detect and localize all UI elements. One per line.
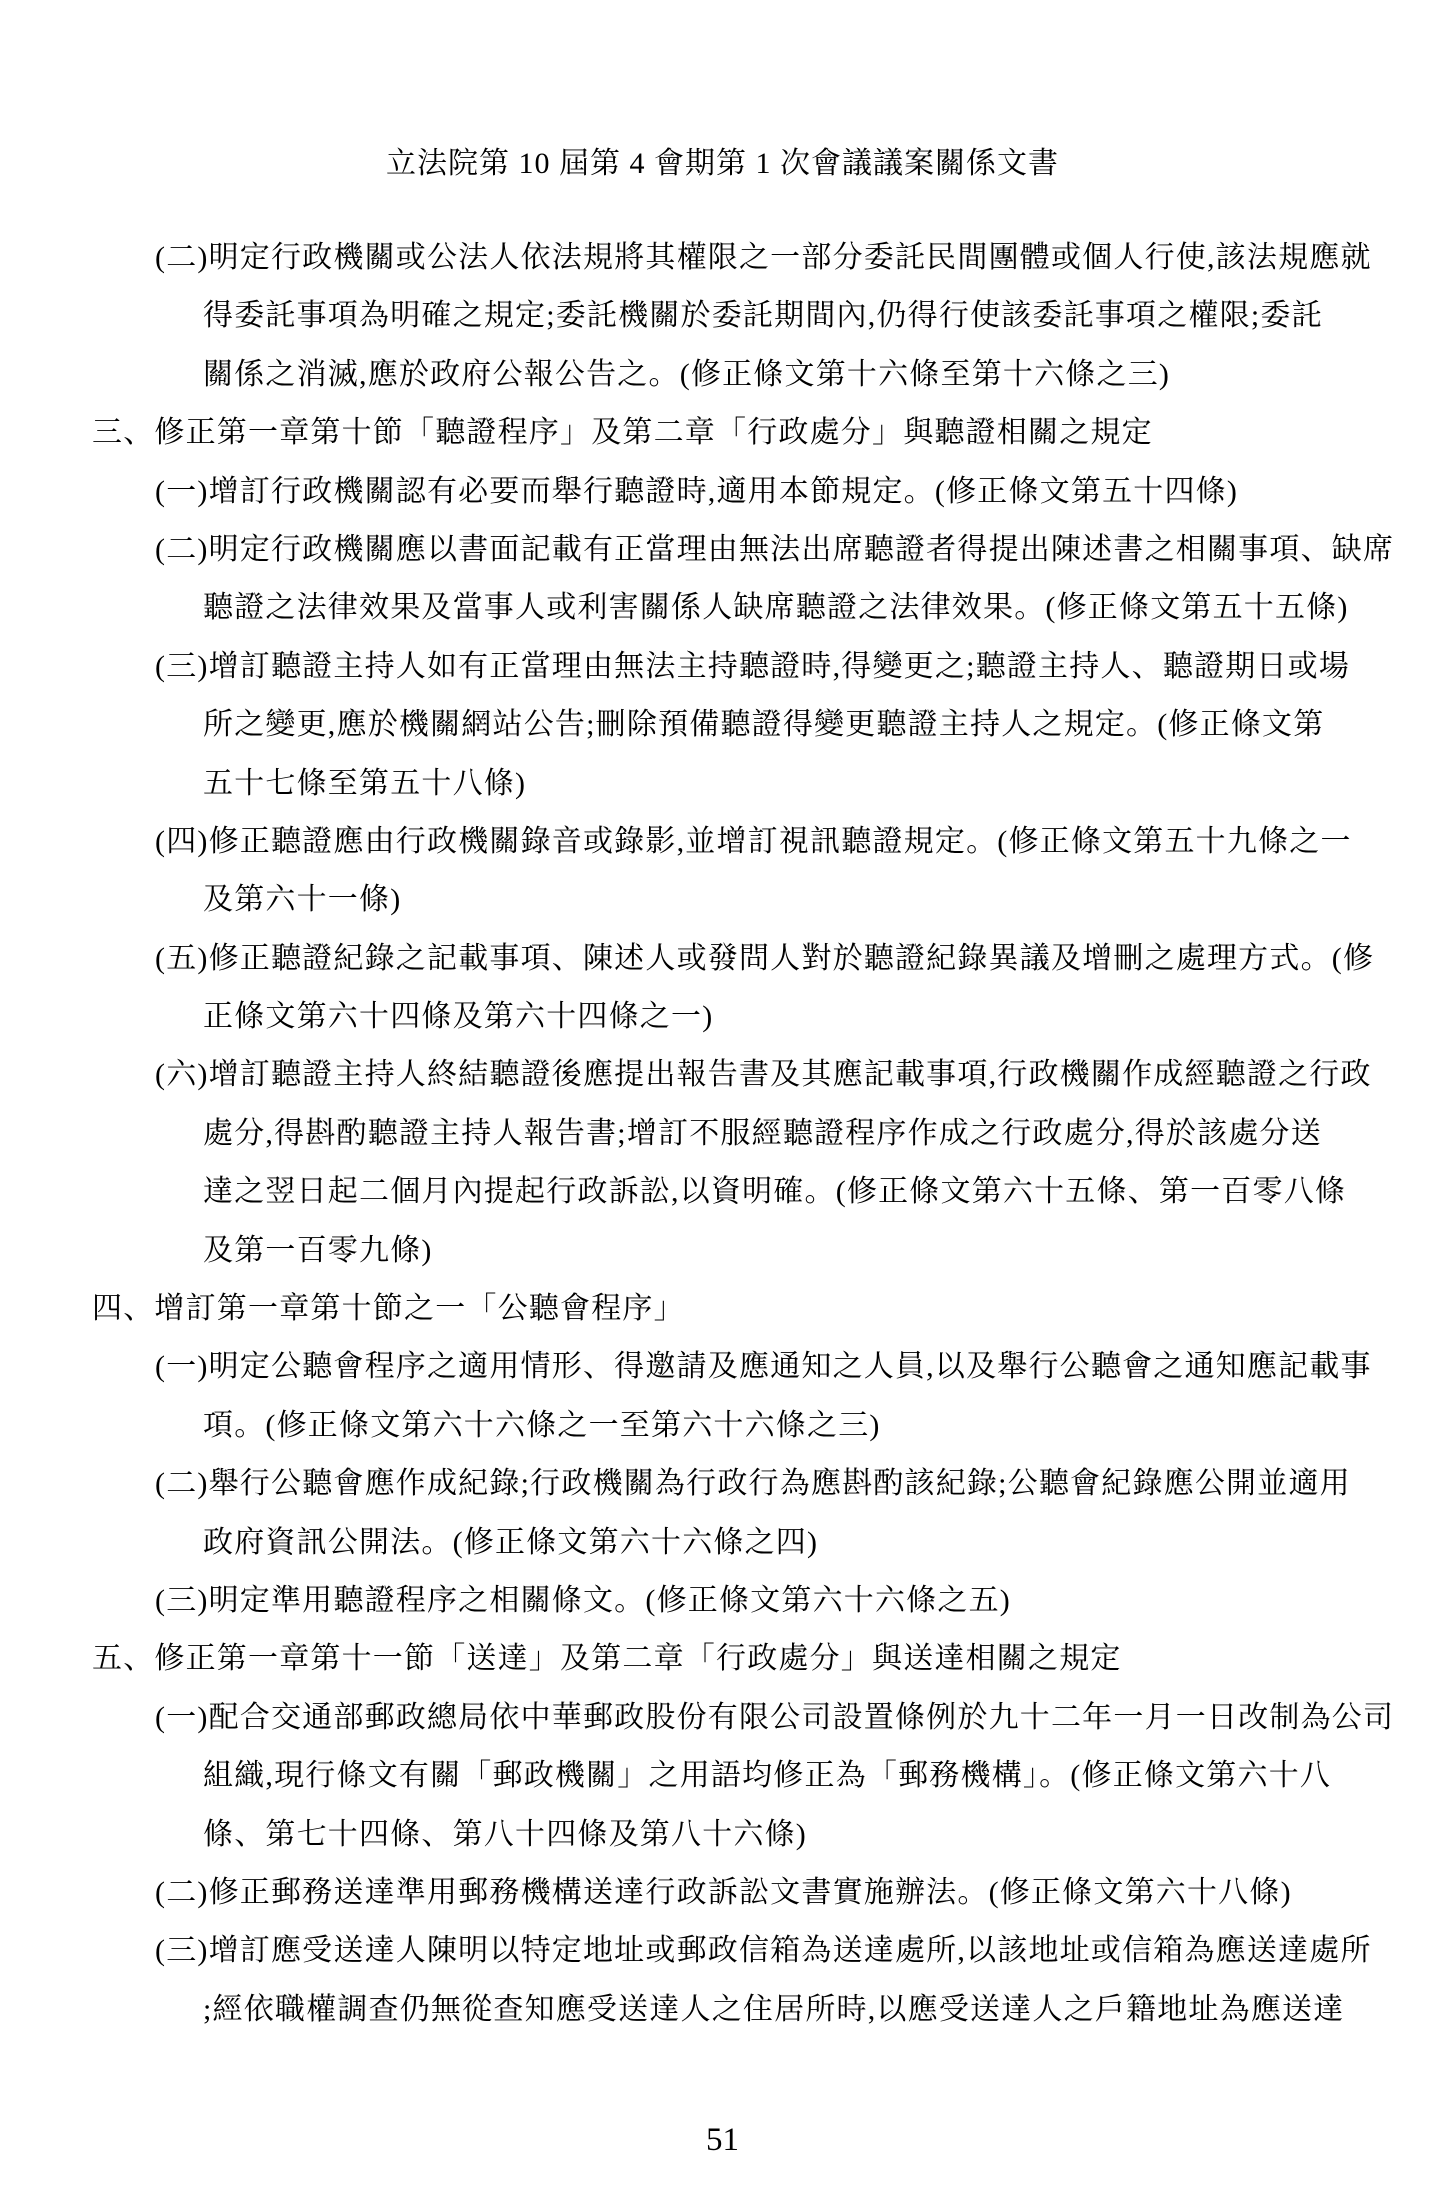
text-line: (二)明定行政機關或公法人依法規將其權限之一部分委託民間團體或個人行使,該法規應… <box>0 229 1445 287</box>
text-line: 所之變更,應於機關網站公告;刪除預備聽證得變更聽證主持人之規定。(修正條文第 <box>0 696 1445 754</box>
text-line: 五、修正第一章第十一節「送達」及第二章「行政處分」與送達相關之規定 <box>0 1630 1445 1688</box>
text-line: (六)增訂聽證主持人終結聽證後應提出報告書及其應記載事項,行政機關作成經聽證之行… <box>0 1046 1445 1104</box>
text-line: (一)增訂行政機關認有必要而舉行聽證時,適用本節規定。(修正條文第五十四條) <box>0 463 1445 521</box>
text-line: (一)明定公聽會程序之適用情形、得邀請及應通知之人員,以及舉行公聽會之通知應記載… <box>0 1338 1445 1396</box>
text-line: (三)增訂應受送達人陳明以特定地址或郵政信箱為送達處所,以該地址或信箱為應送達處… <box>0 1922 1445 1980</box>
text-line: 達之翌日起二個月內提起行政訴訟,以資明確。(修正條文第六十五條、第一百零八條 <box>0 1163 1445 1221</box>
text-line: 關係之消滅,應於政府公報公告之。(修正條文第十六條至第十六條之三) <box>0 346 1445 404</box>
text-line: 處分,得斟酌聽證主持人報告書;增訂不服經聽證程序作成之行政處分,得於該處分送 <box>0 1105 1445 1163</box>
text-line: (五)修正聽證紀錄之記載事項、陳述人或發問人對於聽證紀錄異議及增刪之處理方式。(… <box>0 930 1445 988</box>
text-line: (二)舉行公聽會應作成紀錄;行政機關為行政行為應斟酌該紀錄;公聽會紀錄應公開並適… <box>0 1455 1445 1513</box>
document-header: 立法院第 10 屆第 4 會期第 1 次會議議案關係文書 <box>0 138 1445 182</box>
document-body: (二)明定行政機關或公法人依法規將其權限之一部分委託民間團體或個人行使,該法規應… <box>0 229 1445 2039</box>
text-line: (二)明定行政機關應以書面記載有正當理由無法出席聽證者得提出陳述書之相關事項、缺… <box>0 521 1445 579</box>
text-line: 項。(修正條文第六十六條之一至第六十六條之三) <box>0 1397 1445 1455</box>
text-line: 組織,現行條文有關「郵政機關」之用語均修正為「郵務機構」。(修正條文第六十八 <box>0 1747 1445 1805</box>
text-line: 政府資訊公開法。(修正條文第六十六條之四) <box>0 1514 1445 1572</box>
text-line: 及第一百零九條) <box>0 1222 1445 1280</box>
text-line: (二)修正郵務送達準用郵務機構送達行政訴訟文書實施辦法。(修正條文第六十八條) <box>0 1864 1445 1922</box>
document-page: 立法院第 10 屆第 4 會期第 1 次會議議案關係文書 (二)明定行政機關或公… <box>0 0 1445 2211</box>
text-line: (一)配合交通部郵政總局依中華郵政股份有限公司設置條例於九十二年一月一日改制為公… <box>0 1689 1445 1747</box>
text-line: 條、第七十四條、第八十四條及第八十六條) <box>0 1806 1445 1864</box>
text-line: (四)修正聽證應由行政機關錄音或錄影,並增訂視訊聽證規定。(修正條文第五十九條之… <box>0 813 1445 871</box>
text-line: 三、修正第一章第十節「聽證程序」及第二章「行政處分」與聽證相關之規定 <box>0 404 1445 462</box>
page-number: 51 <box>0 2122 1445 2159</box>
text-line: (三)增訂聽證主持人如有正當理由無法主持聽證時,得變更之;聽證主持人、聽證期日或… <box>0 638 1445 696</box>
text-line: 四、增訂第一章第十節之一「公聽會程序」 <box>0 1280 1445 1338</box>
text-line: 聽證之法律效果及當事人或利害關係人缺席聽證之法律效果。(修正條文第五十五條) <box>0 579 1445 637</box>
text-line: 五十七條至第五十八條) <box>0 755 1445 813</box>
text-line: (三)明定準用聽證程序之相關條文。(修正條文第六十六條之五) <box>0 1572 1445 1630</box>
text-line: 正條文第六十四條及第六十四條之一) <box>0 988 1445 1046</box>
text-line: ;經依職權調查仍無從查知應受送達人之住居所時,以應受送達人之戶籍地址為應送達 <box>0 1981 1445 2039</box>
text-line: 及第六十一條) <box>0 871 1445 929</box>
text-line: 得委託事項為明確之規定;委託機關於委託期間內,仍得行使該委託事項之權限;委託 <box>0 287 1445 345</box>
